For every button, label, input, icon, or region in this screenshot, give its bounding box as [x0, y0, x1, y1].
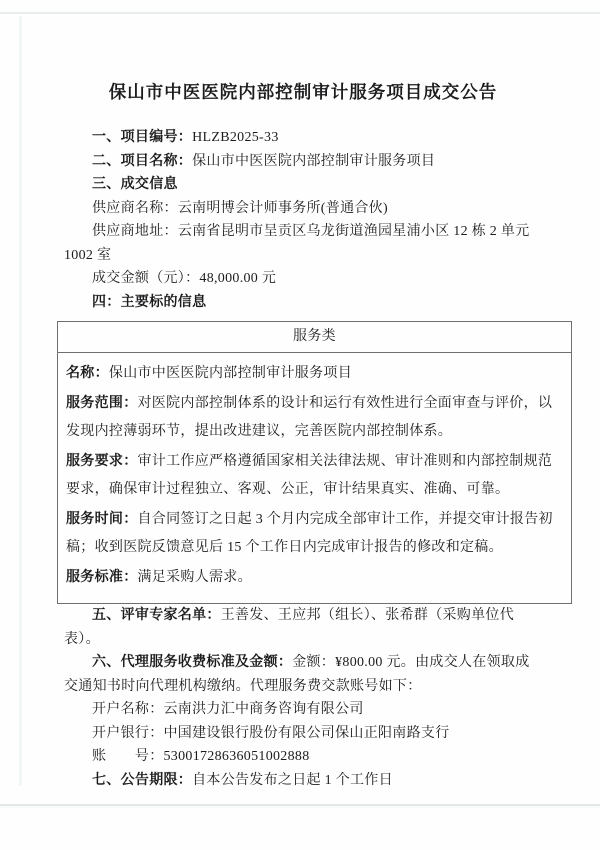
supplier-address-line: 供应商地址：云南省昆明市呈贡区乌龙街道渔园星浦小区 12 栋 2 单元 1002… — [64, 220, 542, 267]
table-row: 服务范围：对医院内部控制体系的设计和运行有效性进行全面审查与评价，以发现内控薄弱… — [66, 390, 563, 446]
project-name-label: 二、项目名称： — [92, 154, 192, 169]
award-heading-label: 三、成交信息 — [92, 177, 178, 192]
subject-heading-label: 四：主要标的信息 — [92, 295, 206, 310]
supplier-name-label: 供应商名称： — [92, 201, 178, 216]
supplier-address-label: 供应商地址： — [92, 224, 178, 239]
section-experts: 五、评审专家名单：王善发、王应邦（组长）、张希群（采购单位代表）。 — [64, 604, 542, 651]
table-row: 服务时间：自合同签订之日起 3 个月内完成全部审计工作，并提交审计报告初稿；收到… — [66, 506, 563, 562]
experts-label: 五、评审专家名单： — [92, 608, 221, 623]
bank-branch-line: 开户银行：中国建设银行股份有限公司保山正阳南路支行 — [64, 722, 542, 746]
service-table-body: 名称：保山市中医医院内部控制审计服务项目 服务范围：对医院内部控制体系的设计和运… — [58, 353, 571, 603]
award-amount-label: 成交金额（元）： — [92, 271, 199, 286]
supplier-name-line: 供应商名称：云南明博会计师事务所(普通合伙) — [64, 197, 542, 221]
row-label: 名称： — [66, 366, 109, 381]
section-award-heading: 三、成交信息 — [64, 173, 542, 197]
section-project-number: 一、项目编号：HLZB2025-33 — [64, 126, 542, 150]
row-label: 服务要求： — [66, 454, 138, 469]
bank-account-name-line: 开户名称：云南洪力汇中商务咨询有限公司 — [64, 698, 542, 722]
row-value: 对医院内部控制体系的设计和运行有效性进行全面审查与评价，以发现内控薄弱环节，提出… — [66, 396, 552, 439]
notice-period-value: 自本公告发布之日起 1 个工作日 — [192, 773, 393, 788]
bank-branch-value: 中国建设银行股份有限公司保山正阳南路支行 — [164, 726, 450, 741]
table-row: 服务标准：满足采购人需求。 — [66, 564, 563, 592]
bank-branch-label: 开户银行： — [92, 726, 164, 741]
notice-period-label: 七、公告期限： — [92, 773, 192, 788]
section-agency-fee: 六、代理服务收费标准及金额：金额：¥800.00 元。由成交人在领取成交通知书时… — [64, 651, 542, 698]
service-table-header: 服务类 — [58, 322, 571, 353]
project-number-label: 一、项目编号： — [92, 130, 192, 145]
page-title: 保山市中医医院内部控制审计服务项目成交公告 — [64, 82, 542, 103]
bank-account-number-label: 账 号： — [92, 749, 164, 764]
award-amount-line: 成交金额（元）：48,000.00 元 — [64, 267, 542, 291]
row-value: 审计工作应严格遵循国家相关法律法规、审计准则和内部控制规范要求，确保审计过程独立… — [66, 454, 552, 497]
document-body: 保山市中医医院内部控制审计服务项目成交公告 一、项目编号：HLZB2025-33… — [0, 0, 600, 792]
table-row: 名称：保山市中医医院内部控制审计服务项目 — [66, 360, 563, 388]
project-name-value: 保山市中医医院内部控制审计服务项目 — [192, 154, 435, 169]
row-label: 服务时间： — [66, 512, 138, 527]
bank-account-number-line: 账 号：53001728636051002888 — [64, 745, 542, 769]
service-table: 服务类 名称：保山市中医医院内部控制审计服务项目 服务范围：对医院内部控制体系的… — [57, 321, 572, 604]
section-notice-period: 七、公告期限：自本公告发布之日起 1 个工作日 — [64, 769, 542, 793]
section-subject-heading: 四：主要标的信息 — [64, 291, 542, 315]
bank-account-name-value: 云南洪力汇中商务咨询有限公司 — [164, 702, 364, 717]
bank-account-name-label: 开户名称： — [92, 702, 164, 717]
row-value: 保山市中医医院内部控制审计服务项目 — [109, 366, 352, 381]
row-label: 服务范围： — [66, 396, 138, 411]
project-number-value: HLZB2025-33 — [192, 130, 279, 145]
row-label: 服务标准： — [66, 570, 138, 585]
award-amount-value: 48,000.00 元 — [199, 271, 276, 286]
bank-account-number-value: 53001728636051002888 — [164, 749, 310, 764]
supplier-name-value: 云南明博会计师事务所(普通合伙) — [178, 201, 388, 216]
row-value: 满足采购人需求。 — [138, 570, 252, 585]
agency-fee-label: 六、代理服务收费标准及金额： — [92, 655, 292, 670]
scanned-page: 保山市中医医院内部控制审计服务项目成交公告 一、项目编号：HLZB2025-33… — [0, 0, 600, 850]
row-value: 自合同签订之日起 3 个月内完成全部审计工作，并提交审计报告初稿；收到医院反馈意… — [66, 512, 553, 555]
scan-edge-bottom-glow — [0, 806, 600, 810]
table-row: 服务要求：审计工作应严格遵循国家相关法律法规、审计准则和内部控制规范要求，确保审… — [66, 448, 563, 504]
section-project-name: 二、项目名称：保山市中医医院内部控制审计服务项目 — [64, 150, 542, 174]
